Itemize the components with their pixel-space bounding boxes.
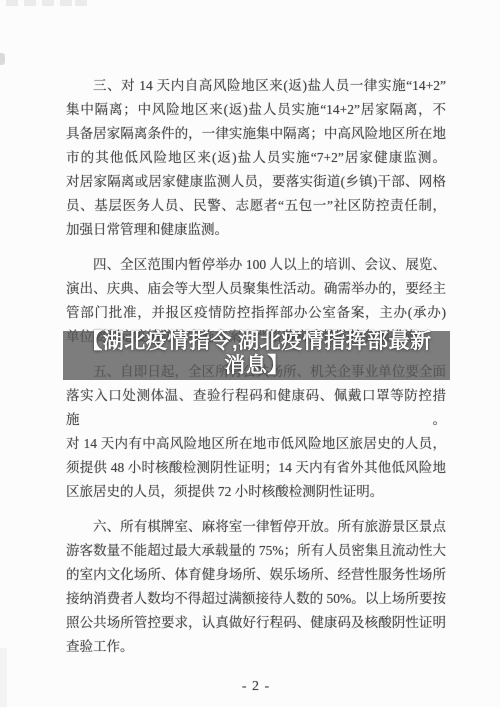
screenshot-root: { "document": { "text_color": "#454545",… — [0, 0, 500, 707]
text-line: 管部门批准，并报区疫情防控指挥部办公室备案，主办(承办) — [66, 301, 446, 325]
document-text: 三、对 14 天内自高风险地区来(返)盐人员一律实施“14+2” 集中隔离；中风… — [66, 74, 446, 699]
scan-artifact — [24, 0, 36, 6]
scan-artifact — [0, 648, 7, 707]
paragraph-5: 五、自即日起，全区所有公共场所、机关企事业单位要全面 落实入口处测体温、查验行程… — [66, 360, 446, 504]
text-line: 须提供 48 小时核酸检测阴性证明；14 天内有省外其他低风险地 — [66, 456, 446, 480]
text-line: 六、所有棋牌室、麻将室一律暂停开放。所有旅游景区景点 — [66, 515, 446, 539]
text-line: 三、对 14 天内自高风险地区来(返)盐人员一律实施“14+2” — [66, 74, 446, 98]
scan-artifact — [42, 0, 54, 6]
text-line: 查验工作。 — [66, 635, 446, 659]
overlay-headline: 【湖北疫情指令,湖北疫情指挥部最新 消息】 — [55, 330, 458, 377]
text-line: 区旅居史的人员，须提供 72 小时核酸检测阴性证明。 — [66, 480, 446, 504]
text-line: 演出、庆典、庙会等大型人员聚集性活动。确需举办的，要经主 — [66, 277, 446, 301]
paragraph-6: 六、所有棋牌室、麻将室一律暂停开放。所有旅游景区景点 游客数量不能超过最大承载量… — [66, 515, 446, 659]
text-line: 集中隔离；中风险地区来(返)盐人员实施“14+2”居家隔离，不 — [66, 98, 446, 122]
text-line: 市的其他低风险地区来(返)盐人员实施“7+2”居家健康监测。 — [66, 146, 446, 170]
overlay-headline-line1: 【湖北疫情指令,湖北疫情指挥部最新 — [55, 330, 458, 354]
scan-artifact — [0, 53, 5, 65]
text-line: 员、基层医务人员、民警、志愿者“五包一”社区防控责任制， — [66, 194, 446, 218]
scan-artifact — [75, 0, 87, 6]
text-line: 的室内文化场所、体育健身场所、娱乐场所、经营性服务性场所 — [66, 563, 446, 587]
text-line: 对居家隔离或居家健康监测人员，要落实街道(乡镇)干部、网格 — [66, 170, 446, 194]
scan-artifact — [6, 0, 18, 6]
text-line: 具备居家隔离条件的，一律实施集中隔离；中高风险地区所在地 — [66, 122, 446, 146]
text-line: 照公共场所管控要求，认真做好行程码、健康码及核酸阴性证明 — [66, 611, 446, 635]
text-line: 对 14 天内有中高风险地区所在地市低风险地区旅居史的人员， — [66, 432, 446, 456]
text-line: 落实入口处测体温、查验行程码和健康码、佩戴口罩等防控措施。 — [66, 384, 446, 432]
overlay-headline-line2: 消息】 — [55, 354, 458, 378]
page-number: - 2 - — [66, 675, 446, 699]
text-line: 加强日常管理和健康监测。 — [66, 218, 446, 242]
text-line: 接纳消费者人数均不得超过满额接待人数的 50%。以上场所要按 — [66, 587, 446, 611]
scan-artifact — [60, 0, 72, 6]
text-line: 游客数量不能超过最大承载量的 75%；所有人员密集且流动性大 — [66, 539, 446, 563]
paragraph-3: 三、对 14 天内自高风险地区来(返)盐人员一律实施“14+2” 集中隔离；中风… — [66, 74, 446, 242]
text-line: 四、全区范围内暂停举办 100 人以上的培训、会议、展览、 — [66, 253, 446, 277]
document-page: 三、对 14 天内自高风险地区来(返)盐人员一律实施“14+2” 集中隔离；中风… — [0, 0, 500, 707]
